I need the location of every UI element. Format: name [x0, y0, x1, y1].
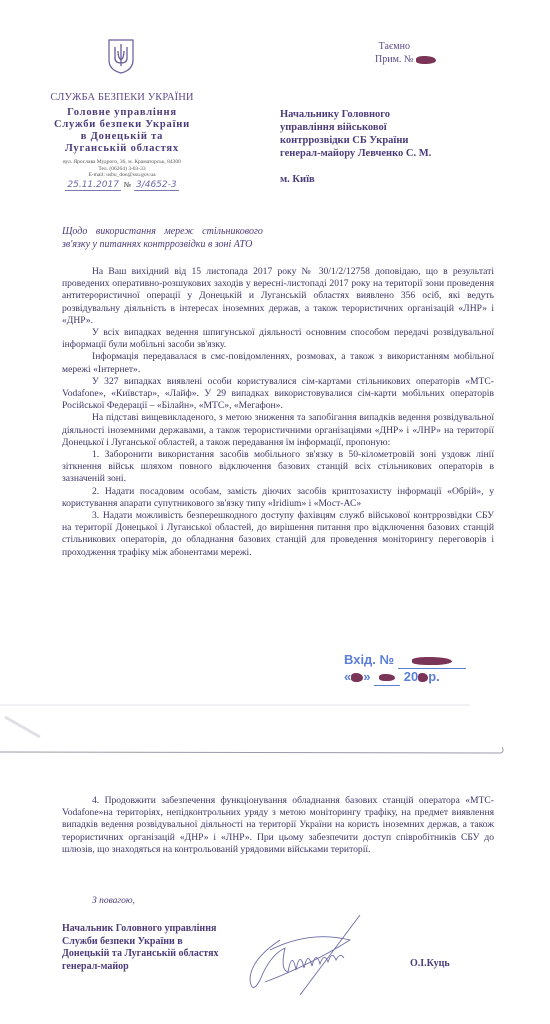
letter-body: На Ваш вихідний від 15 листопада 2017 ро… — [62, 266, 494, 559]
org-name: СЛУЖБА БЕЗПЕКИ УКРАЇНИ — [22, 92, 222, 103]
sender-header: СЛУЖБА БЕЗПЕКИ УКРАЇНИ Головне управлінн… — [22, 92, 222, 190]
registration-date: 25.11.2017 — [65, 180, 121, 191]
proposal-item: 1. Заборонити використання засобів мобіл… — [62, 449, 494, 486]
paragraph: У всіх випадках ведення шпигунської діял… — [62, 327, 494, 351]
handwritten-signature — [240, 910, 400, 1000]
page-break — [0, 702, 550, 762]
addressee-city: м. Київ — [280, 173, 431, 186]
signer-position: Начальник Головного управління Служби бе… — [62, 923, 219, 973]
paragraph: На підставі вищевикладеного, з метою зни… — [62, 412, 494, 449]
redaction-mark — [416, 56, 436, 64]
closing-regards: З повагою, — [92, 896, 135, 906]
signer-name: О.І.Куць — [410, 958, 450, 969]
redaction-mark — [351, 673, 363, 682]
redaction-mark — [418, 673, 428, 682]
paragraph: Інформація передавалася в смс-повідомлен… — [62, 351, 494, 375]
incoming-stamp: Вхід. № «» 20р. — [330, 652, 466, 686]
redaction-mark — [379, 674, 395, 681]
redaction-mark — [412, 657, 452, 665]
addressee-block: Начальнику Головного управління військов… — [280, 108, 431, 186]
proposal-item: 4. Продовжити забезпечення функціонуванн… — [62, 795, 494, 856]
classification-level: Таємно — [375, 40, 436, 53]
org-contacts: вул. Ярослава Мудрого, 36, м. Краматорсь… — [22, 159, 222, 179]
registration-line: 25.11.2017 № 3/4652-3 — [22, 180, 222, 190]
paragraph: У 327 випадках виявлені особи користувал… — [62, 376, 494, 413]
trident-coat-of-arms-icon — [107, 38, 135, 74]
classification-block: Таємно Прим. № — [375, 40, 436, 66]
org-email: E-mail: usbu_don@ssu.gov.ua — [22, 172, 222, 179]
subject-line: Щодо використання мереж стільникового зв… — [62, 225, 263, 251]
copy-number: Прим. № — [375, 53, 436, 66]
proposal-item: 3. Надати можливість безперешкодного дос… — [62, 510, 494, 559]
letter-body-page-2: 4. Продовжити забезпечення функціонуванн… — [62, 795, 494, 856]
registration-number: 3/4652-3 — [134, 180, 179, 191]
org-division: Головне управління Служби безпеки Україн… — [22, 107, 222, 155]
paragraph: На Ваш вихідний від 15 листопада 2017 ро… — [62, 266, 494, 327]
proposal-item: 2. Надати посадовим особам, замість діюч… — [62, 486, 494, 510]
